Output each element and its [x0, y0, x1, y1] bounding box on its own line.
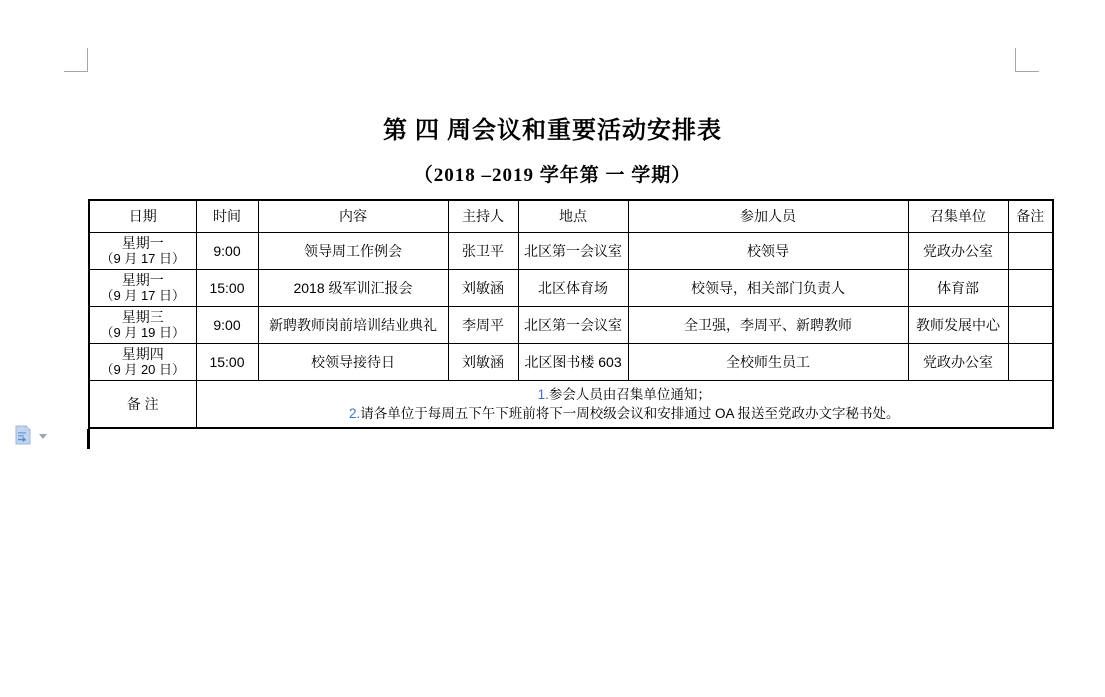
cell-participants: 全卫强，李周平、新聘教师	[628, 306, 908, 343]
paste-options-button[interactable]	[14, 425, 47, 445]
cell-remark	[1008, 232, 1053, 269]
cell-date-day: 星期一	[92, 235, 194, 251]
table-header-row: 日期 时间 内容 主持人 地点 参加人员 召集单位 备注	[89, 200, 1053, 232]
cell-date-number: （9 月 20 日）	[92, 362, 194, 378]
header-participants: 参加人员	[628, 200, 908, 232]
table-row: 星期一 （9 月 17 日） 9:00 领导周工作例会 张卫平 北区第一会议室 …	[89, 232, 1053, 269]
cell-location: 北区体育场	[518, 269, 628, 306]
paste-options-icon	[14, 425, 32, 445]
cell-date: 星期一 （9 月 17 日）	[89, 269, 196, 306]
cell-participants: 校领导	[628, 232, 908, 269]
meeting-schedule-table: 日期 时间 内容 主持人 地点 参加人员 召集单位 备注 星期一 （9 月 17…	[88, 199, 1054, 429]
header-date: 日期	[89, 200, 196, 232]
cell-organizer: 党政办公室	[908, 343, 1008, 380]
footer-note-1-number: 1.	[538, 387, 549, 402]
cell-date-number: （9 月 19 日）	[92, 325, 194, 341]
cell-location: 北区第一会议室	[518, 306, 628, 343]
page-margin-mark-top-left	[64, 48, 88, 72]
cell-participants: 校领导，相关部门负责人	[628, 269, 908, 306]
cell-time: 9:00	[196, 232, 258, 269]
cell-host: 张卫平	[448, 232, 518, 269]
cell-location: 北区图书楼 603	[518, 343, 628, 380]
footer-notes: 1.参会人员由召集单位通知； 2.请各单位于每周五下午下班前将下一周校级会议和安…	[196, 380, 1053, 428]
caret-down-icon[interactable]	[39, 434, 47, 439]
cell-remark	[1008, 269, 1053, 306]
cell-content: 领导周工作例会	[258, 232, 448, 269]
cell-location: 北区第一会议室	[518, 232, 628, 269]
table-footer-row: 备 注 1.参会人员由召集单位通知； 2.请各单位于每周五下午下班前将下一周校级…	[89, 380, 1053, 428]
cell-time: 15:00	[196, 269, 258, 306]
cell-content: 新聘教师岗前培训结业典礼	[258, 306, 448, 343]
cell-organizer: 体育部	[908, 269, 1008, 306]
cell-date-day: 星期一	[92, 272, 194, 288]
footer-note-2-number: 2.	[349, 406, 360, 421]
cell-remark	[1008, 306, 1053, 343]
text-cursor	[87, 429, 90, 449]
table-row: 星期三 （9 月 19 日） 9:00 新聘教师岗前培训结业典礼 李周平 北区第…	[89, 306, 1053, 343]
footer-label: 备 注	[89, 380, 196, 428]
page-margin-mark-top-right	[1015, 48, 1039, 72]
cell-content: 校领导接待日	[258, 343, 448, 380]
cell-date: 星期四 （9 月 20 日）	[89, 343, 196, 380]
cell-date: 星期三 （9 月 19 日）	[89, 306, 196, 343]
document-title: 第 四 周会议和重要活动安排表	[0, 110, 1105, 145]
header-content: 内容	[258, 200, 448, 232]
cell-host: 刘敏涵	[448, 269, 518, 306]
cell-organizer: 教师发展中心	[908, 306, 1008, 343]
cell-organizer: 党政办公室	[908, 232, 1008, 269]
header-host: 主持人	[448, 200, 518, 232]
cell-date-number: （9 月 17 日）	[92, 251, 194, 267]
header-location: 地点	[518, 200, 628, 232]
cell-date-number: （9 月 17 日）	[92, 288, 194, 304]
footer-note-2: 2.请各单位于每周五下午下班前将下一周校级会议和安排通过 OA 报送至党政办文字…	[199, 404, 1051, 423]
header-remark: 备注	[1008, 200, 1053, 232]
table-row: 星期一 （9 月 17 日） 15:00 2018 级军训汇报会 刘敏涵 北区体…	[89, 269, 1053, 306]
header-time: 时间	[196, 200, 258, 232]
cell-date-day: 星期三	[92, 309, 194, 325]
cell-time: 15:00	[196, 343, 258, 380]
footer-note-1: 1.参会人员由召集单位通知；	[199, 385, 1051, 404]
cell-participants: 全校师生员工	[628, 343, 908, 380]
cell-content: 2018 级军训汇报会	[258, 269, 448, 306]
cell-time: 9:00	[196, 306, 258, 343]
header-organizer: 召集单位	[908, 200, 1008, 232]
cell-date-day: 星期四	[92, 346, 194, 362]
document-subtitle: （2018 –2019 学年第 一 学期）	[0, 160, 1105, 187]
table-row: 星期四 （9 月 20 日） 15:00 校领导接待日 刘敏涵 北区图书楼 60…	[89, 343, 1053, 380]
footer-note-2-text: 请各单位于每周五下午下班前将下一周校级会议和安排通过 OA 报送至党政办文字秘书…	[360, 406, 899, 421]
cell-remark	[1008, 343, 1053, 380]
cell-host: 刘敏涵	[448, 343, 518, 380]
cell-date: 星期一 （9 月 17 日）	[89, 232, 196, 269]
footer-note-1-text: 参会人员由召集单位通知；	[549, 387, 711, 402]
cell-host: 李周平	[448, 306, 518, 343]
